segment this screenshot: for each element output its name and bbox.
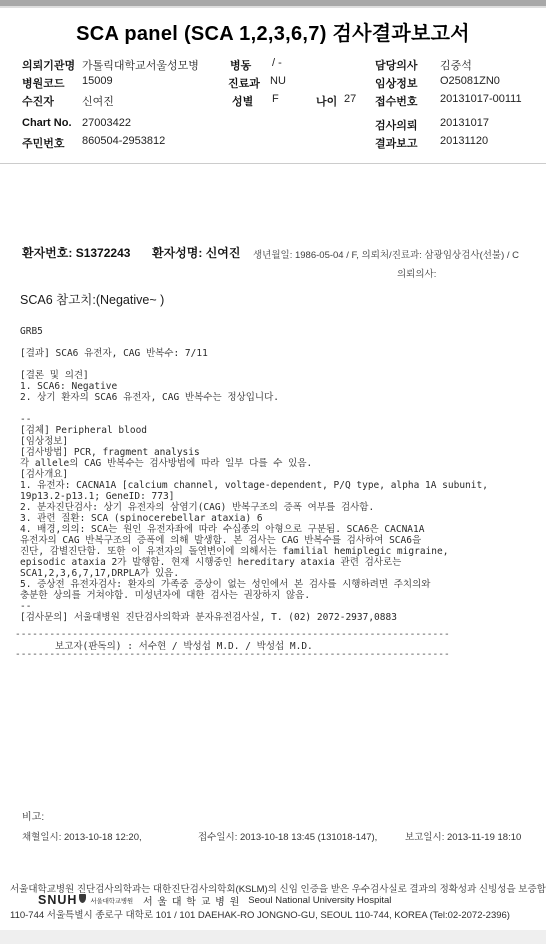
collection-datetime: 채혈일시: 2013-10-18 12:20, — [22, 829, 142, 843]
resident-id-label: 주민번호 — [22, 135, 65, 150]
remarks-label: 비고: — [22, 808, 44, 823]
reporter-divider-bottom: ----------------------------------------… — [15, 650, 450, 659]
top-scroll-bar — [0, 0, 546, 8]
resident-id-value: 860504-2953812 — [82, 135, 165, 150]
age-label: 나이 — [316, 93, 337, 108]
doctor-label: 담당의사 — [375, 57, 418, 72]
clinical-info-label: 임상정보 — [375, 75, 418, 90]
patient-name: 환자성명: 신여진 — [152, 244, 240, 261]
age-value: 27 — [344, 93, 356, 108]
clinical-info-value: O25081ZN0 — [440, 75, 500, 90]
patient-value: 신여진 — [82, 93, 114, 108]
receipt-datetime: 접수일시: 2013-10-18 13:45 (131018-147), — [198, 829, 377, 843]
sex-label: 성별 — [232, 93, 253, 108]
ward-value: / - — [272, 57, 282, 72]
department-value: NU — [270, 75, 286, 90]
hospital-name-english: Seoul National University Hospital — [248, 895, 391, 906]
report-page: SCA panel (SCA 1,2,3,6,7) 검사결과보고서 의뢰기관명 … — [0, 0, 546, 944]
hospital-code-value: 15009 — [82, 75, 113, 90]
report-date-label: 결과보고 — [375, 135, 418, 150]
chart-no-label: Chart No. — [22, 117, 72, 132]
report-title: SCA panel (SCA 1,2,3,6,7) 검사결과보고서 — [0, 17, 546, 46]
snuh-logo-text: SNUH — [38, 893, 77, 907]
requesting-org-label: 의뢰기관명 — [22, 57, 75, 72]
snuh-logo-small-text: 서울대학교병원 — [90, 896, 133, 905]
snuh-shield-icon — [79, 894, 86, 903]
accession-label: 접수번호 — [375, 93, 418, 108]
department-label: 진료과 — [228, 75, 260, 90]
ward-label: 병동 — [230, 57, 251, 72]
request-date-value: 20131017 — [440, 117, 489, 132]
hospital-address: 110-744 서울특별시 종로구 대학로 101 / 101 DAEHAK-R… — [10, 907, 510, 921]
sex-value: F — [272, 93, 279, 108]
bottom-strip — [0, 930, 546, 944]
hospital-logo-row: SNUH 서울대학교병원 서 울 대 학 교 병 원 Seoul Nationa… — [38, 893, 391, 907]
hospital-name-korean: 서 울 대 학 교 병 원 — [143, 893, 240, 908]
result-body-text: GRB5 [결과] SCA6 유전자, CAG 반복수: 7/11 [결론 및 … — [20, 326, 488, 623]
request-date-label: 검사의뢰 — [375, 117, 418, 132]
report-datetime: 보고일시: 2013-11-19 18:10 — [405, 829, 521, 843]
reference-range-line: SCA6 참고치:(Negative~ ) — [20, 290, 164, 308]
header-divider — [0, 163, 546, 164]
chart-no-value: 27003422 — [82, 117, 131, 132]
patient-number: 환자번호: S1372243 — [22, 244, 130, 261]
doctor-value: 김중석 — [440, 57, 472, 72]
patient-label: 수진자 — [22, 93, 54, 108]
requesting-org-value: 가톨릭대학교서울성모병 — [82, 57, 199, 72]
accession-value: 20131017-00111 — [440, 93, 522, 108]
hospital-code-label: 병원코드 — [22, 75, 65, 90]
referring-doctor: 의뢰의사: — [397, 266, 436, 280]
patient-birth-info: 생년월일: 1986-05-04 / F, 의뢰처/진료과: 삼광임상검사(선불… — [253, 247, 519, 261]
report-date-value: 20131120 — [440, 135, 488, 150]
